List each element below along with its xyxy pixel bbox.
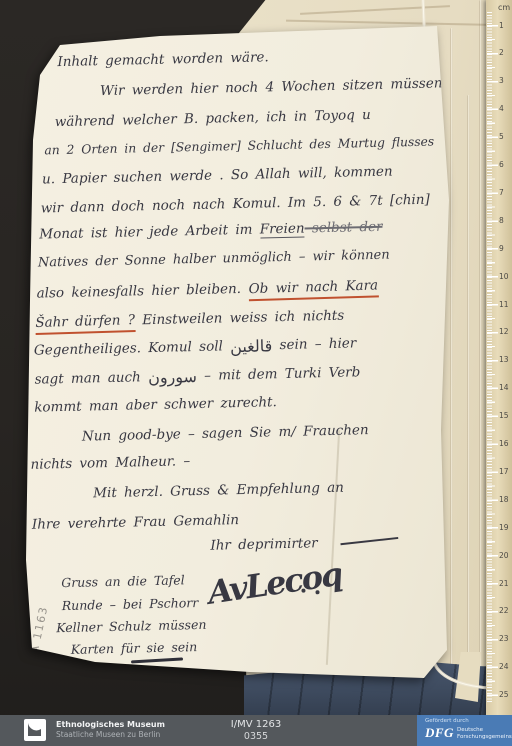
ruler-number: 17 <box>499 467 509 476</box>
letter-line-segment: sagt man auch <box>34 369 148 388</box>
letter-line-segment: also keinesfalls hier bleiben. <box>36 281 248 302</box>
letter-line: Natives der Sonne halber unmöglich – wir… <box>38 247 390 273</box>
ruler-number: 6 <box>499 160 504 169</box>
ruler-number: 19 <box>499 523 509 532</box>
postscript-line: Runde – bei Pschorr <box>62 594 199 615</box>
pen-underline <box>131 657 183 663</box>
footer-bar: Ethnologisches Museum Staatliche Museen … <box>0 715 512 746</box>
ruler-number: 23 <box>499 634 509 643</box>
letter-line: sagt man auch سورون – mit dem Turki Verb <box>34 363 360 389</box>
letter-line: nichts vom Malheur. – <box>30 452 190 474</box>
ruler-number: 21 <box>499 579 509 588</box>
letter-line-segment: Monat ist hier jede Arbeit im <box>39 222 260 243</box>
ruler-number: 11 <box>499 300 509 309</box>
letter-line: an 2 Orten in der [Sengimer] Schlucht de… <box>44 133 434 160</box>
letter-line-segment: Gegentheiliges. Komul soll <box>34 338 231 358</box>
ruler-number: 24 <box>499 662 509 671</box>
letter-line-segment: Einstweilen weiss ich nichts <box>135 308 344 329</box>
dfg-name-line: Forschungsgemeinschaft <box>457 734 512 741</box>
ruler-unit-label: cm <box>498 3 510 12</box>
ruler-number: 1 <box>499 21 504 30</box>
ruler-number: 10 <box>499 272 509 281</box>
dfg-name: Deutsche Forschungsgemeinschaft <box>457 727 512 740</box>
measuring-ruler: cm 1234567891011121314151617181920212223… <box>486 0 512 716</box>
ruler-number: 3 <box>499 76 504 85</box>
ruler-number: 14 <box>499 383 509 392</box>
ruler-number: 5 <box>499 132 504 141</box>
postscript-line: Gruss an die Tafel <box>61 571 185 592</box>
postscript-line: Kellner Schulz müssen <box>56 616 207 637</box>
ruler-number: 8 <box>499 216 504 225</box>
ruler-number: 2 <box>499 48 504 57</box>
ruler-cm-ticks <box>487 25 498 704</box>
arabic-word: قالغين <box>230 336 273 356</box>
letter-line-segment: – mit dem Turki Verb <box>197 364 361 384</box>
ruler-number: 13 <box>499 355 509 364</box>
ruler-number: 16 <box>499 439 509 448</box>
funded-by-label: Gefördert durch <box>425 718 469 724</box>
letter-line: Nun good-bye – sagen Sie m/ Frauchen <box>82 421 369 446</box>
letter-line: also keinesfalls hier bleiben. Ob wir na… <box>36 277 378 306</box>
letter-line: wir dann doch noch nach Komul. Im 5. 6 &… <box>41 191 430 218</box>
letter-line: Mit herzl. Gruss & Empfehlung an <box>93 479 344 503</box>
ruler-number: 18 <box>499 495 509 504</box>
scan-viewport: Inhalt gemacht worden wäre. Wir werden h… <box>0 0 512 746</box>
postscript-line: Karten für sie sein <box>71 638 198 659</box>
ruler-number: 22 <box>499 606 509 615</box>
dfg-funding-block: Gefördert durch DFG Deutsche Forschungsg… <box>417 715 512 746</box>
letter-line: Inhalt gemacht worden wäre. <box>57 48 269 71</box>
ruler-number: 9 <box>499 244 504 253</box>
letter-line: u. Papier suchen werde . So Allah will, … <box>42 162 393 188</box>
letter-page-wrap: Inhalt gemacht worden wäre. Wir werden h… <box>0 0 470 700</box>
letter-text: Inhalt gemacht worden wäre. Wir werden h… <box>0 0 478 705</box>
red-underlined-words: Ob wir nach Kara <box>248 276 378 301</box>
pen-flourish <box>340 537 398 545</box>
ruler-number: 4 <box>499 104 504 113</box>
ruler-number: 25 <box>499 690 509 699</box>
letter-line: Ihre verehrte Frau Gemahlin <box>32 511 240 534</box>
dfg-logo: DFG <box>425 725 454 741</box>
red-underlined-words: Šahr dürfen ? <box>35 311 135 335</box>
letter-line: kommt man aber schwer zurecht. <box>34 393 277 416</box>
ruler-number: 20 <box>499 551 509 560</box>
letter-line: während welcher B. packen, ich in Toyoq … <box>55 106 371 131</box>
paper-fold-edge <box>479 0 482 702</box>
ruler-number: 12 <box>499 327 509 336</box>
letter-line: Ihr deprimirter <box>210 534 318 554</box>
ruler-number: 15 <box>499 411 509 420</box>
struck-out-words: selbst der <box>304 219 382 237</box>
signature: AvLecoq <box>205 554 344 613</box>
letter-line: Wir werden hier noch 4 Wochen sitzen müs… <box>100 74 443 100</box>
letter-line: Gegentheiliges. Komul soll قالغين sein –… <box>34 334 357 360</box>
letter-line-segment: sein – hier <box>272 335 356 353</box>
letter-page: Inhalt gemacht worden wäre. Wir werden h… <box>0 0 470 700</box>
letter-line: Šahr dürfen ? Einstweilen weiss ich nich… <box>35 307 344 335</box>
arabic-word: سورون <box>148 367 197 387</box>
ruler-number: 7 <box>499 188 504 197</box>
ink-underlined-word: Freien <box>260 221 305 239</box>
letter-line: Monat ist hier jede Arbeit im Freien sel… <box>39 218 383 244</box>
